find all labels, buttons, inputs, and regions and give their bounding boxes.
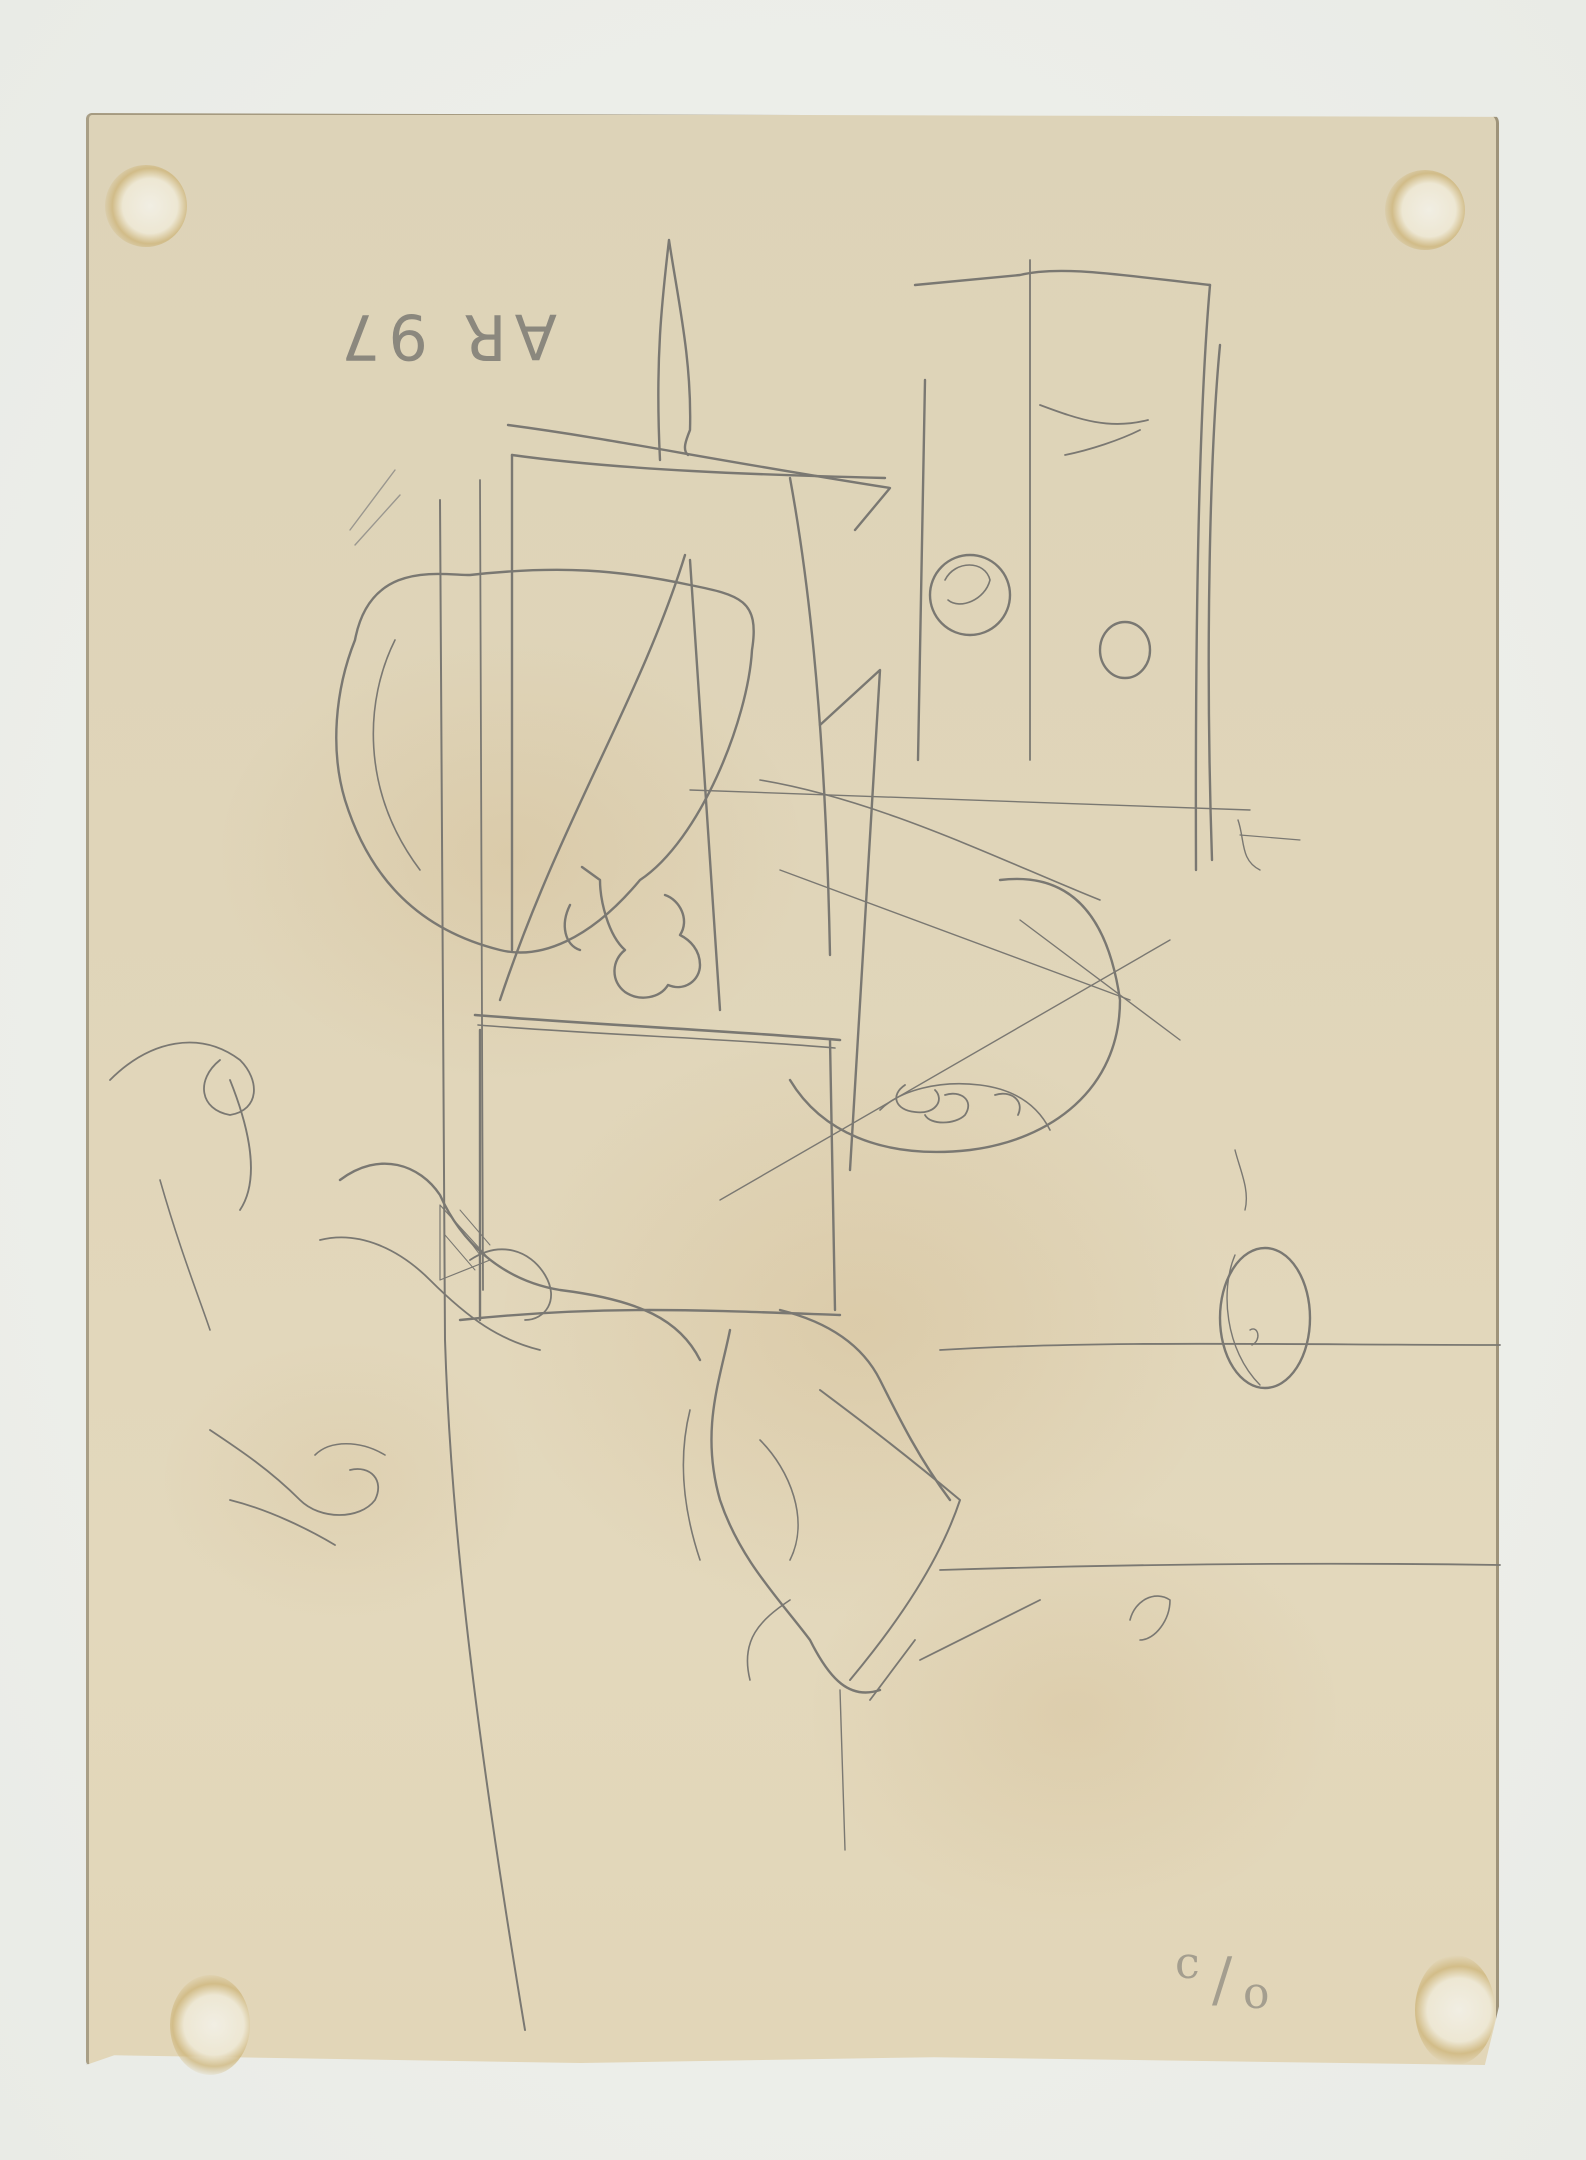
inscription-upside-down: AR 97 [330, 300, 560, 373]
margin-mark-o: o [1243, 1968, 1270, 2019]
margin-mark-c: c [1175, 1938, 1200, 1989]
margin-mark-slash: / [1212, 1945, 1232, 2015]
pencil-sketch [0, 0, 1586, 2160]
